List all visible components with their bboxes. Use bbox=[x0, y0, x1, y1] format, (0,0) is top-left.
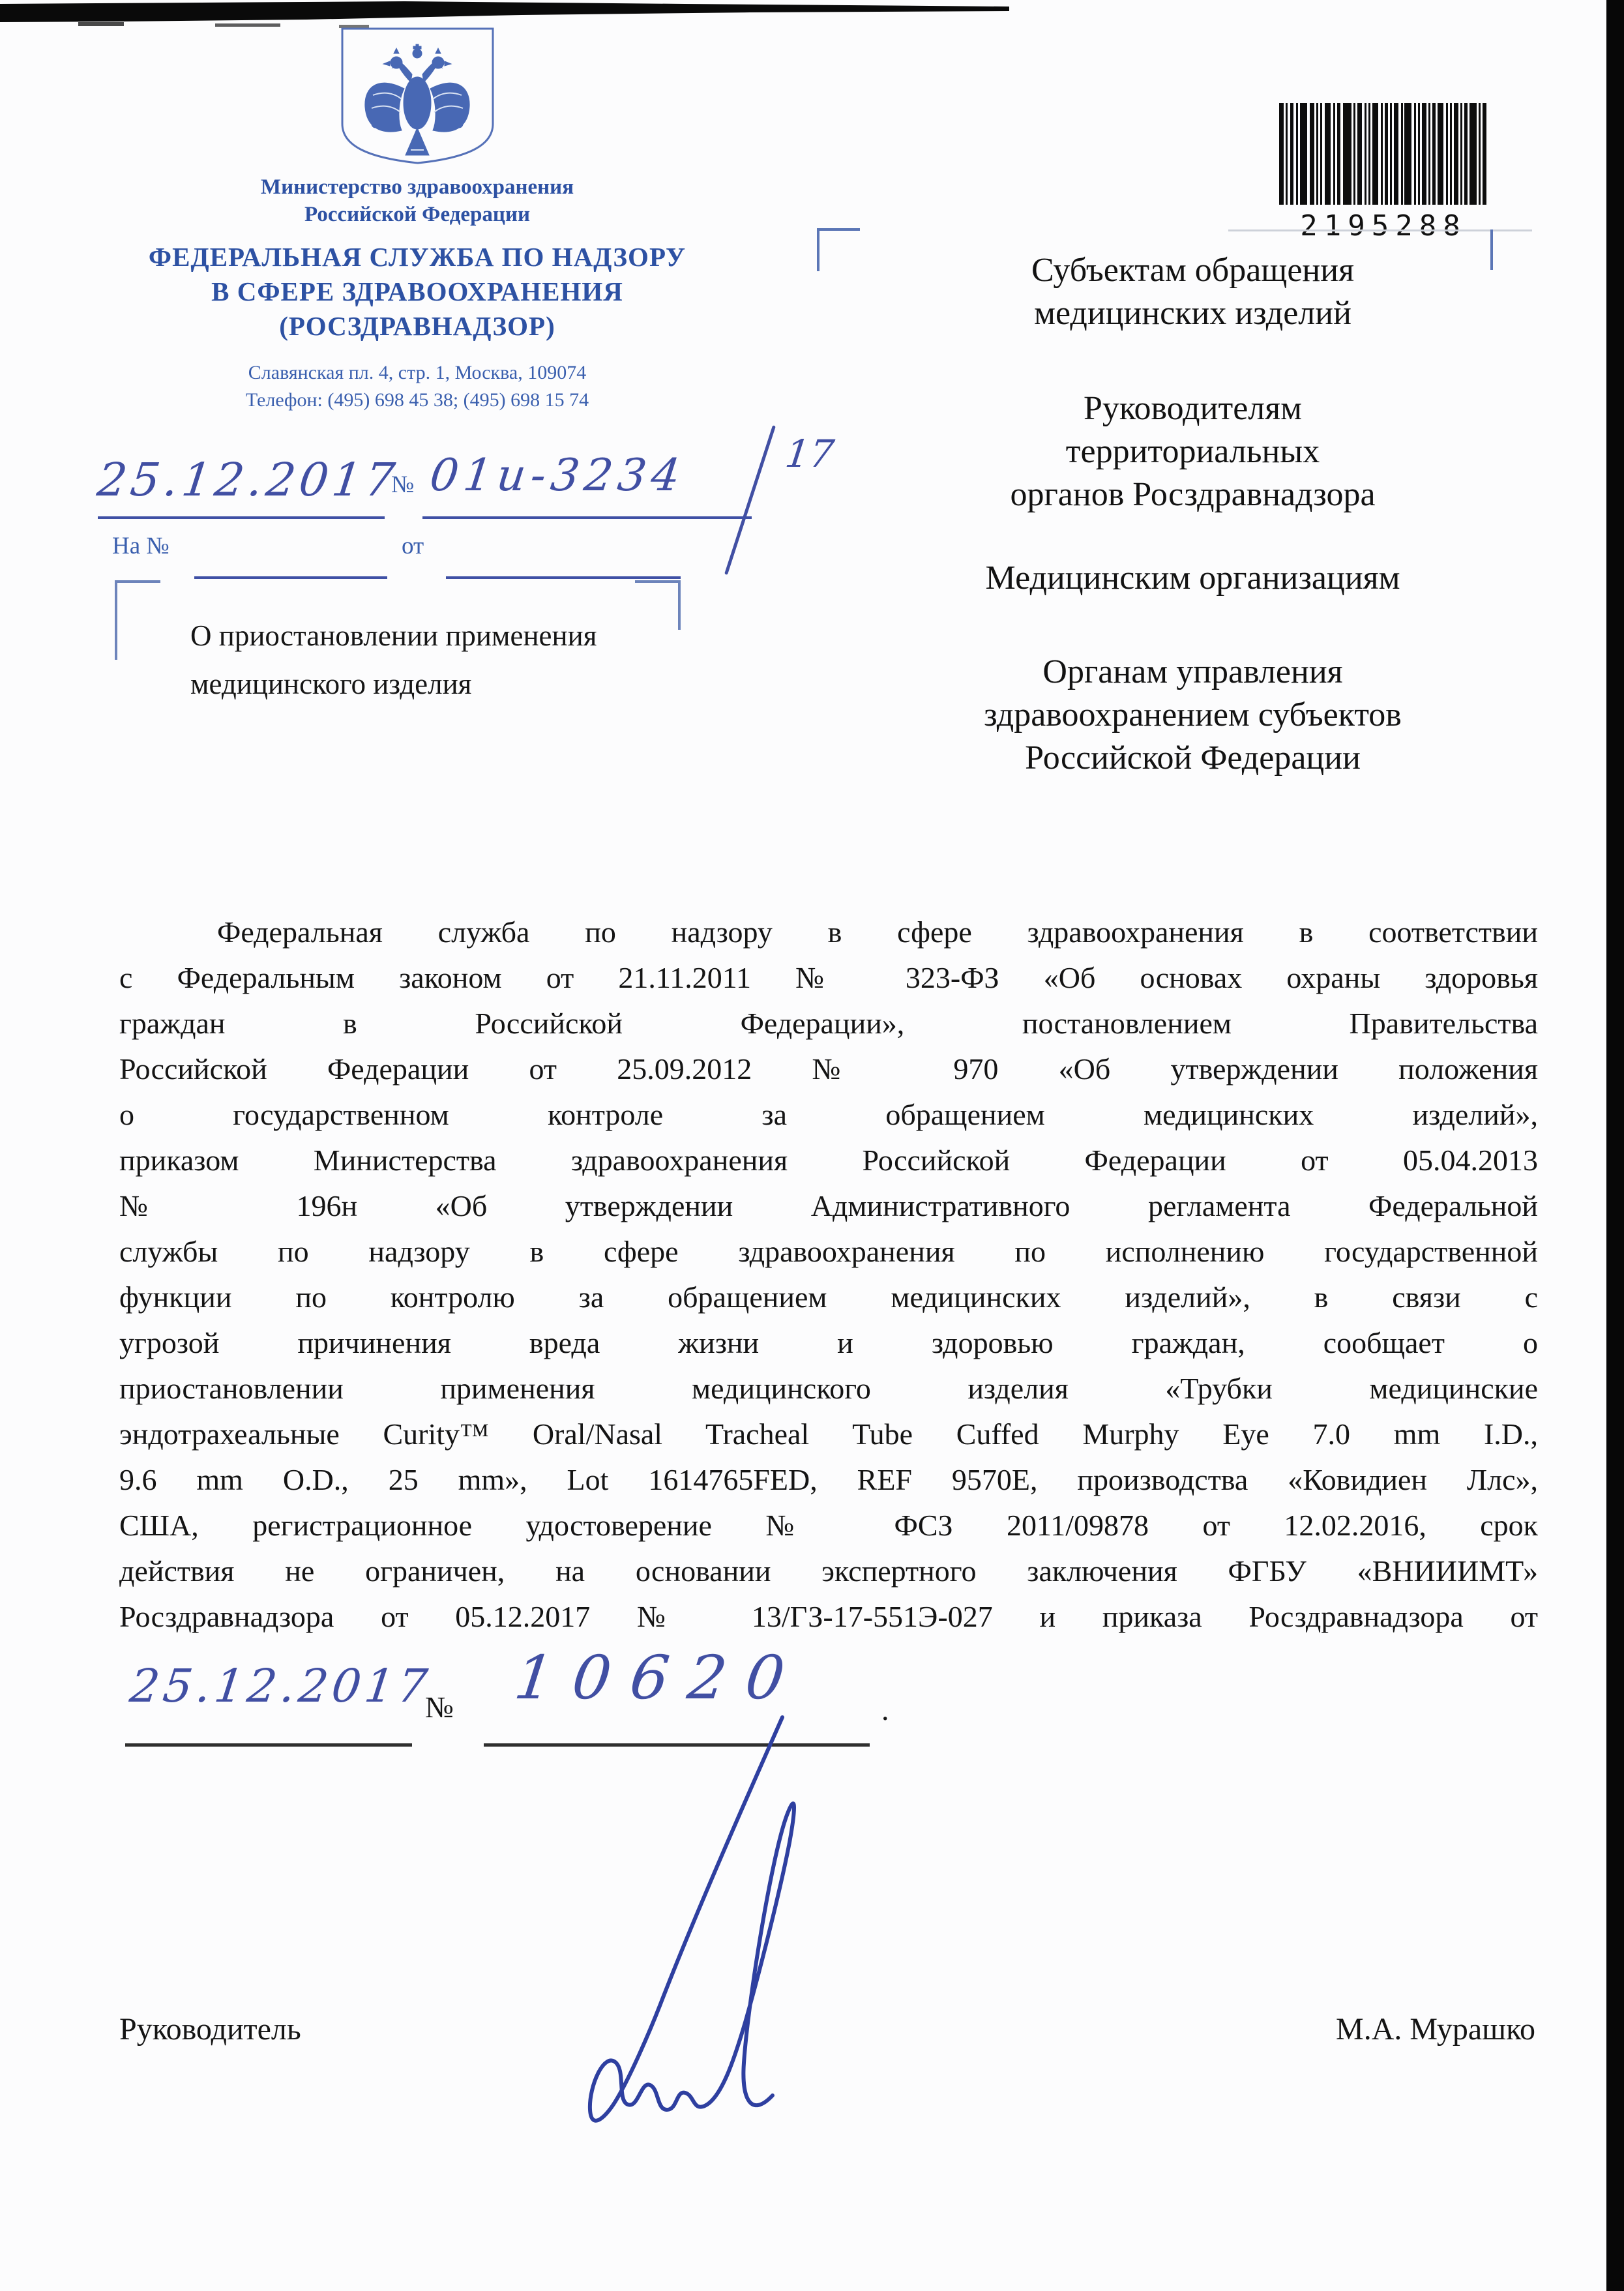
body-line: Федеральная служба по надзору в сфере зд… bbox=[119, 909, 1538, 955]
handwritten-order-number: 10620 bbox=[510, 1643, 808, 1713]
addressee-line: Органам управления bbox=[842, 651, 1543, 694]
addressee-bracket-left-horizontal bbox=[817, 228, 860, 231]
body-line: граждан в Российской Федерации», постано… bbox=[119, 1001, 1538, 1046]
subject-bracket-right-vertical bbox=[678, 580, 681, 630]
number-sign-label: № bbox=[425, 1690, 454, 1724]
body-line: эндотрахеальные Curity™ Oral/Nasal Trach… bbox=[119, 1412, 1538, 1457]
body-line: угрозой причинения вреда жизни и здоровь… bbox=[119, 1320, 1538, 1366]
body-line: службы по надзору в сфере здравоохранени… bbox=[119, 1229, 1538, 1275]
postal-address: Славянская пл. 4, стр. 1, Москва, 109074 bbox=[85, 359, 750, 387]
body-line: 9.6 mm O.D., 25 mm», Lot 1614765FED, REF… bbox=[119, 1457, 1538, 1503]
body-line: приказом Министерства здравоохранения Ро… bbox=[119, 1138, 1538, 1183]
order-date-underline bbox=[125, 1743, 412, 1747]
addressee-line: медицинских изделий bbox=[842, 292, 1543, 335]
body-line: Росздравнадзора от 05.12.2017 № 13/ГЗ-17… bbox=[119, 1594, 1538, 1640]
body-line: функции по контролю за обращением медици… bbox=[119, 1275, 1538, 1320]
contact-block: Славянская пл. 4, стр. 1, Москва, 109074… bbox=[85, 359, 750, 414]
addressee-line: Российской Федерации bbox=[842, 737, 1543, 780]
body-line: Российской Федерации от 25.09.2012 № 970… bbox=[119, 1046, 1538, 1092]
addressee-line: территориальных bbox=[842, 430, 1543, 473]
letter-body: Федеральная служба по надзору в сфере зд… bbox=[119, 909, 1538, 1640]
service-line: (РОСЗДРАВНАДЗОР) bbox=[85, 309, 750, 344]
addressee-block: Медицинским организациям bbox=[842, 557, 1543, 600]
coat-of-arms-icon bbox=[338, 26, 497, 166]
reply-to-number-label: На № bbox=[112, 532, 170, 560]
handwritten-outgoing-date: 25.12.2017 bbox=[95, 453, 402, 507]
reply-from-date-label: от bbox=[402, 532, 424, 560]
sentence-period: . bbox=[881, 1692, 889, 1727]
addressee-block: Руководителям территориальных органов Ро… bbox=[842, 387, 1543, 516]
addressee-bracket-left-vertical bbox=[817, 228, 819, 271]
addressee-line: Руководителям bbox=[842, 387, 1543, 430]
signer-title: Руководитель bbox=[119, 2011, 301, 2047]
reply-number-blank-line bbox=[194, 576, 387, 579]
body-line: США, регистрационное удостоверение № ФСЗ… bbox=[119, 1503, 1538, 1548]
body-line: № 196н «Об утверждении Административного… bbox=[119, 1183, 1538, 1229]
subject-bracket-left-vertical bbox=[115, 580, 117, 660]
scanned-letter-page: Министерство здравоохранения Российской … bbox=[0, 0, 1624, 2291]
subject-block: О приостановлении применения медицинског… bbox=[190, 612, 597, 708]
body-line: действия не ограничен, на основании эксп… bbox=[119, 1548, 1538, 1594]
handwritten-outgoing-number: 01и-3234 bbox=[427, 450, 688, 501]
date-underline bbox=[98, 516, 385, 519]
barcode-icon bbox=[1279, 103, 1488, 205]
handwritten-number-suffix: 17 bbox=[783, 432, 836, 476]
scan-artifact-right-band bbox=[1606, 0, 1624, 2291]
addressee-block: Органам управления здравоохранением субъ… bbox=[842, 651, 1543, 780]
handwritten-signature bbox=[492, 1703, 831, 2159]
scan-artifact-line bbox=[1228, 229, 1532, 231]
service-line: В СФЕРЕ ЗДРАВООХРАНЕНИЯ bbox=[85, 274, 750, 309]
service-name: ФЕДЕРАЛЬНАЯ СЛУЖБА ПО НАДЗОРУ В СФЕРЕ ЗД… bbox=[85, 240, 750, 344]
addressee-list: Субъектам обращения медицинских изделий … bbox=[842, 249, 1543, 780]
body-line: с Федеральным законом от 21.11.2011 № 32… bbox=[119, 955, 1538, 1001]
signer-name: М.А. Мурашко bbox=[1336, 2011, 1535, 2047]
body-line: приостановлении применения медицинского … bbox=[119, 1366, 1538, 1412]
ministry-line: Министерство здравоохранения bbox=[85, 173, 750, 201]
reply-date-blank-line bbox=[446, 576, 681, 579]
service-line: ФЕДЕРАЛЬНАЯ СЛУЖБА ПО НАДЗОРУ bbox=[85, 240, 750, 274]
subject-bracket-left-horizontal bbox=[115, 580, 160, 583]
body-line: о государственном контроле за обращением… bbox=[119, 1092, 1538, 1138]
number-sign-label: № bbox=[391, 471, 414, 499]
registration-barcode: 2195288 bbox=[1279, 103, 1488, 243]
barcode-number: 2195288 bbox=[1279, 209, 1488, 243]
phone-numbers: Телефон: (495) 698 45 38; (495) 698 15 7… bbox=[85, 387, 750, 414]
subject-line: медицинского изделия bbox=[190, 660, 597, 708]
addressee-line: Субъектам обращения bbox=[842, 249, 1543, 292]
subject-line: О приостановлении применения bbox=[190, 612, 597, 660]
ministry-name: Министерство здравоохранения Российской … bbox=[85, 173, 750, 228]
addressee-line: органов Росздравнадзора bbox=[842, 473, 1543, 516]
addressee-line: Медицинским организациям bbox=[842, 557, 1543, 600]
handwritten-slash-stroke bbox=[724, 425, 776, 575]
ministry-line: Российской Федерации bbox=[85, 201, 750, 228]
number-underline bbox=[422, 516, 752, 519]
handwritten-order-date: 25.12.2017 bbox=[127, 1659, 434, 1713]
addressee-line: здравоохранением субъектов bbox=[842, 694, 1543, 737]
letterhead: Министерство здравоохранения Российской … bbox=[85, 26, 750, 414]
addressee-block: Субъектам обращения медицинских изделий bbox=[842, 249, 1543, 335]
subject-bracket-right-horizontal bbox=[635, 580, 681, 583]
